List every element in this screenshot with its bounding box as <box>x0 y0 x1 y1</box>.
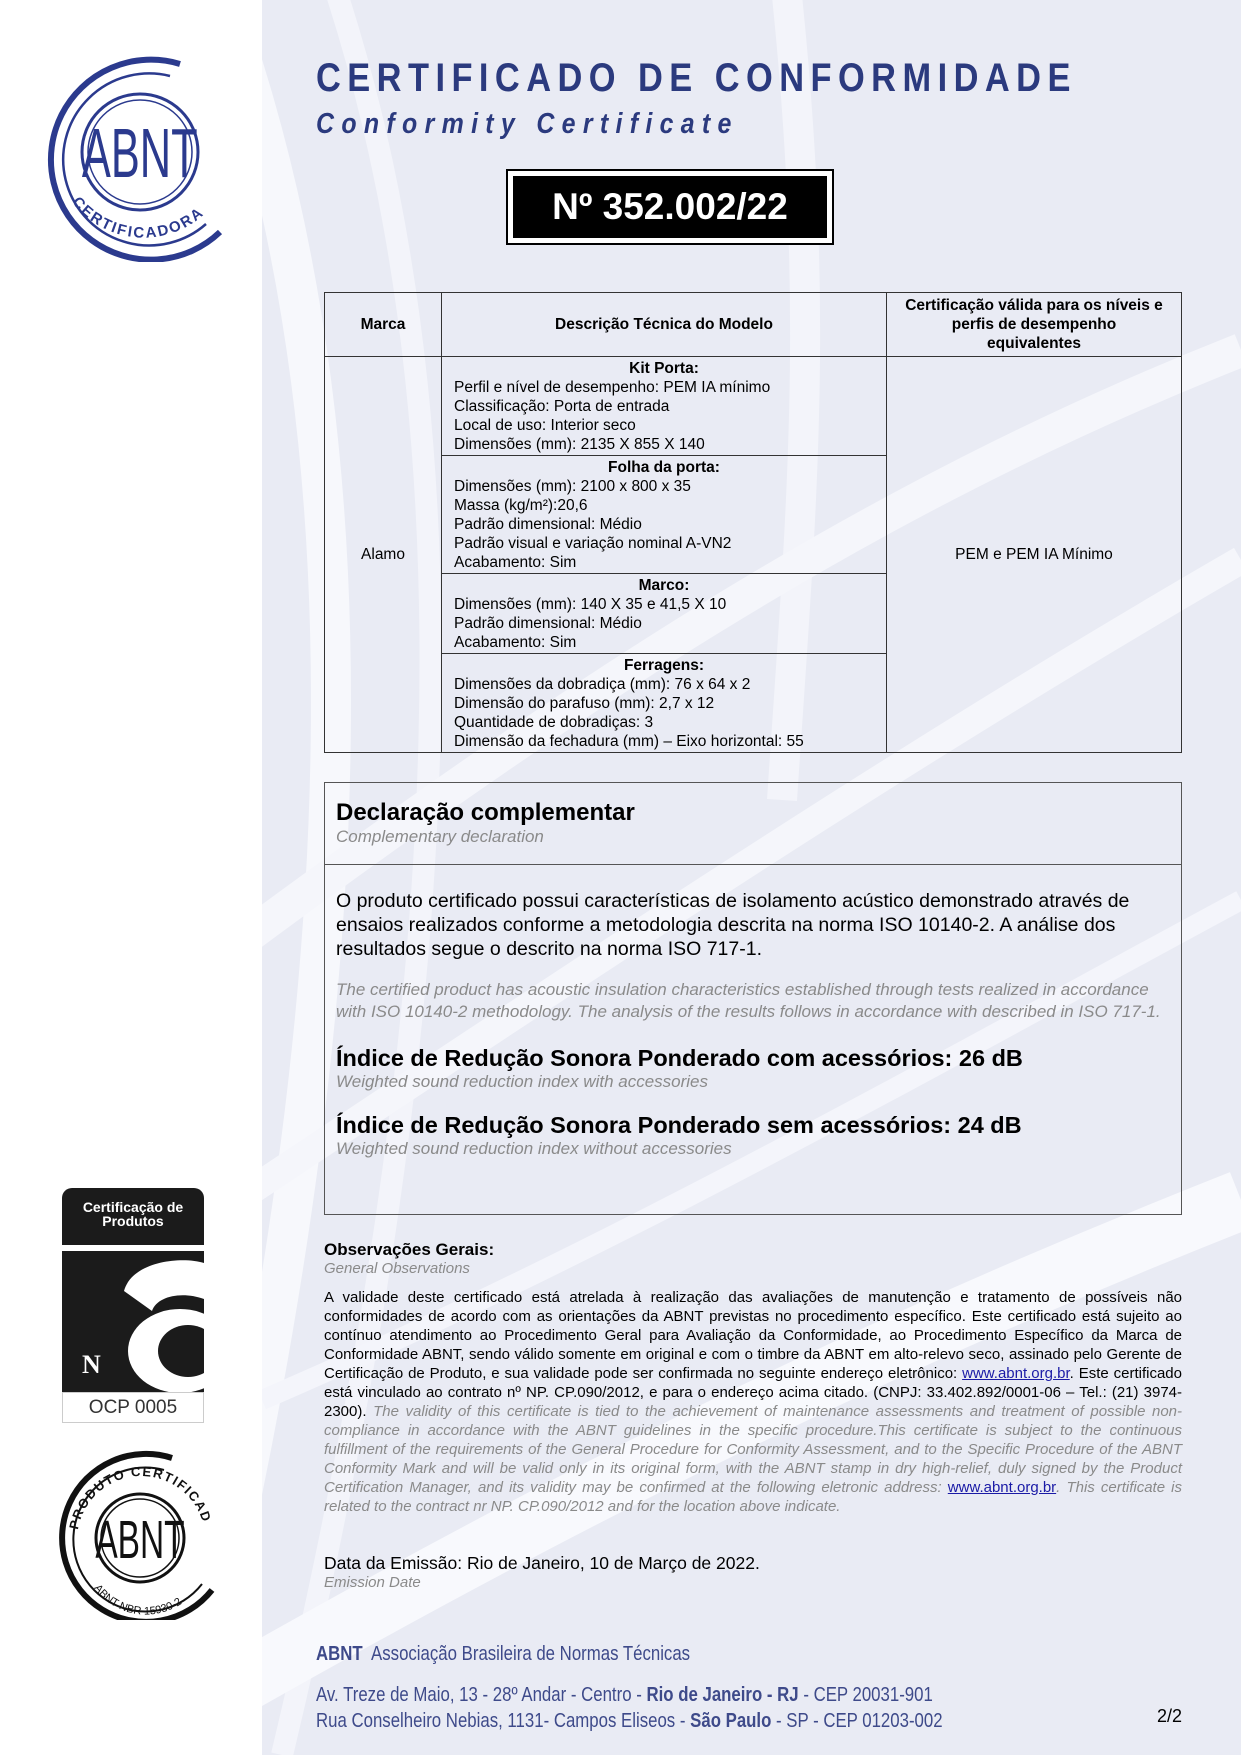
section-title: Kit Porta: <box>454 359 874 378</box>
spec-line: Dimensão do parafuso (mm): 2,7 x 12 <box>454 694 874 713</box>
declaration-text-en: The certified product has acoustic insul… <box>336 979 1170 1023</box>
product-certification-seal: Certificação de Produtos N OCP 0005 <box>62 1188 204 1423</box>
declaration-body: O produto certificado possui característ… <box>325 865 1181 1159</box>
index-without-accessories-en: Weighted sound reduction index without a… <box>336 1139 1170 1159</box>
spec-line: Local de uso: Interior seco <box>454 416 874 435</box>
observations-title-en: General Observations <box>324 1260 1182 1277</box>
section-kit-porta: Kit Porta: Perfil e nível de desempenho:… <box>442 357 886 455</box>
spec-line: Dimensões (mm): 140 X 35 e 41,5 X 10 <box>454 595 874 614</box>
emission-date-pt: Data da Emissão: Rio de Janeiro, 10 de M… <box>324 1553 760 1574</box>
spec-line: Perfil e nível de desempenho: PEM IA mín… <box>454 378 874 397</box>
spec-line: Dimensão da fechadura (mm) – Eixo horizo… <box>454 732 874 751</box>
abnt-website-link[interactable]: www.abnt.org.br <box>962 1365 1070 1382</box>
certificate-number: Nº 352.002/22 <box>513 176 827 238</box>
header-brand: Marca <box>325 293 442 357</box>
declaration-title: Declaração complementar <box>336 799 1170 827</box>
abnt-logo-text: ABNT <box>82 114 198 192</box>
abnt-produto-certificado-logo: ABNT PRODUTO CERTIFICADO ABNT NBR 15930-… <box>42 1450 232 1620</box>
svg-text:ABNT: ABNT <box>95 1509 184 1570</box>
declaration-text-pt: O produto certificado possui característ… <box>336 889 1170 961</box>
seal-title: Certificação de Produtos <box>62 1188 204 1245</box>
index-with-accessories: Índice de Redução Sonora Ponderado com a… <box>336 1045 1170 1072</box>
emission-date-en: Emission Date <box>324 1574 760 1591</box>
spec-line: Massa (kg/m²):20,6 <box>454 496 874 515</box>
section-ferragens: Ferragens: Dimensões da dobradiça (mm): … <box>442 653 886 752</box>
description-cell: Kit Porta: Perfil e nível de desempenho:… <box>442 357 887 753</box>
declaration-header: Declaração complementar Complementary de… <box>325 783 1181 865</box>
observations-text: A validade deste certificado está atrela… <box>324 1288 1182 1516</box>
spec-line: Acabamento: Sim <box>454 553 874 572</box>
footer-addresses: Av. Treze de Maio, 13 - 28º Andar - Cent… <box>316 1682 943 1734</box>
footer-address: ABNTAssociação Brasileira de Normas Técn… <box>316 1643 943 1734</box>
spec-line: Quantidade de dobradiças: 3 <box>454 713 874 732</box>
abnt-website-link-en[interactable]: www.abnt.org.br <box>948 1479 1056 1496</box>
inmetro-n-icon: N <box>82 1350 101 1379</box>
seal-a-mark: N <box>62 1251 204 1392</box>
spec-line: Padrão dimensional: Médio <box>454 614 874 633</box>
footer-org-name: Associação Brasileira de Normas Técnicas <box>371 1643 690 1665</box>
general-observations: Observações Gerais: General Observations… <box>324 1240 1182 1516</box>
spec-line: Dimensões (mm): 2135 X 855 X 140 <box>454 435 874 454</box>
section-folha-da-porta: Folha da porta: Dimensões (mm): 2100 x 8… <box>442 455 886 573</box>
ocp-code: OCP 0005 <box>62 1392 204 1423</box>
index-with-accessories-en: Weighted sound reduction index with acce… <box>336 1072 1170 1092</box>
header-certification: Certificação válida para os níveis e per… <box>887 293 1182 357</box>
certification-cell: PEM e PEM IA Mínimo <box>887 357 1182 753</box>
brand-cell: Alamo <box>325 357 442 753</box>
section-title: Marco: <box>454 576 874 595</box>
certificate-title: CERTIFICADO DE CONFORMIDADE <box>316 56 1077 101</box>
spec-line: Padrão dimensional: Médio <box>454 515 874 534</box>
emission-date: Data da Emissão: Rio de Janeiro, 10 de M… <box>324 1553 760 1591</box>
spec-line: Dimensões da dobradiça (mm): 76 x 64 x 2 <box>454 675 874 694</box>
certificate-number-box: Nº 352.002/22 <box>506 169 834 245</box>
specification-table: Marca Descrição Técnica do Modelo Certif… <box>324 292 1182 753</box>
footer-org-abbr: ABNT <box>316 1643 363 1665</box>
footer-org: ABNTAssociação Brasileira de Normas Técn… <box>316 1643 943 1666</box>
spec-line: Padrão visual e variação nominal A-VN2 <box>454 534 874 553</box>
spec-line: Classificação: Porta de entrada <box>454 397 874 416</box>
section-title: Ferragens: <box>454 656 874 675</box>
address-sao-paulo: Rua Conselheiro Nebias, 1131- Campos Eli… <box>316 1708 943 1734</box>
spec-line: Acabamento: Sim <box>454 633 874 652</box>
page-number: 2/2 <box>1157 1706 1182 1727</box>
header-description: Descrição Técnica do Modelo <box>442 293 887 357</box>
index-without-accessories: Índice de Redução Sonora Ponderado sem a… <box>336 1112 1170 1139</box>
abnt-certificadora-logo: ABNT CERTIFICADORA <box>30 52 250 262</box>
section-marco: Marco: Dimensões (mm): 140 X 35 e 41,5 X… <box>442 573 886 653</box>
address-rio: Av. Treze de Maio, 13 - 28º Andar - Cent… <box>316 1682 943 1708</box>
observations-title: Observações Gerais: <box>324 1240 1182 1260</box>
svg-text:CERTIFICADORA: CERTIFICADORA <box>69 194 208 242</box>
section-title: Folha da porta: <box>454 458 874 477</box>
complementary-declaration: Declaração complementar Complementary de… <box>324 782 1182 1215</box>
declaration-title-en: Complementary declaration <box>336 827 1170 847</box>
spec-line: Dimensões (mm): 2100 x 800 x 35 <box>454 477 874 496</box>
certificate-subtitle: Conformity Certificate <box>316 108 739 141</box>
